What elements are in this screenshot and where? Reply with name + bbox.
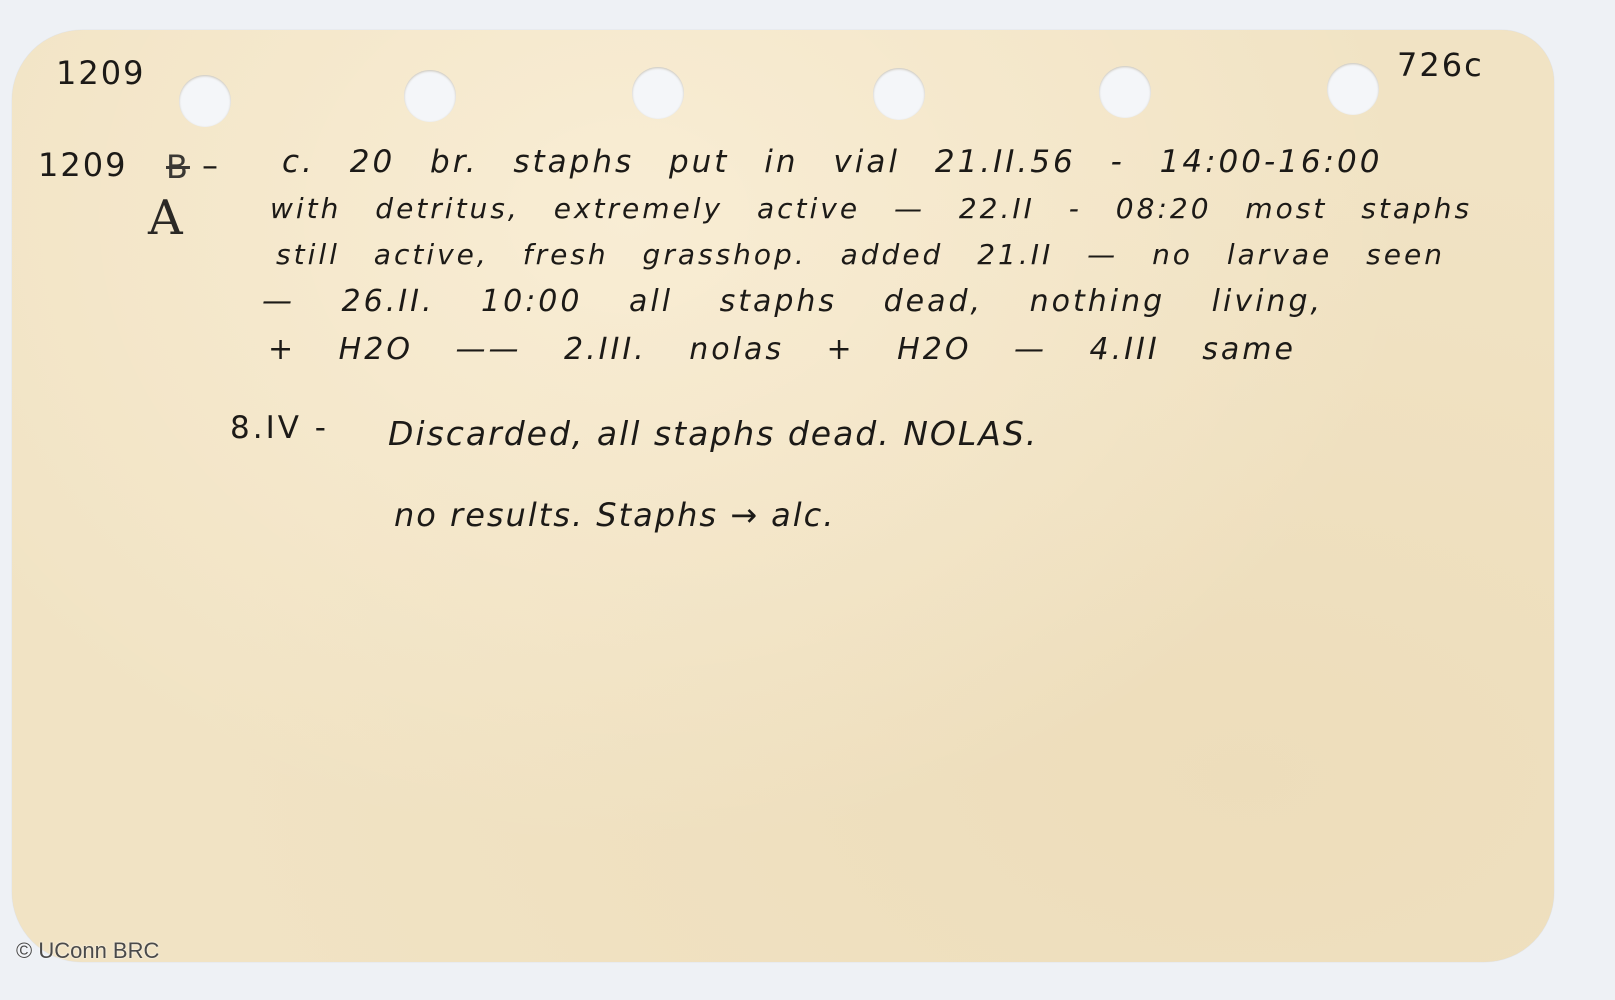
note-line-1: c. 20 br. staphs put in vial 21.II.56 - … [282,144,1382,180]
final-entry-conclusion: no results. Staphs → alc. [394,496,835,534]
copyright-notice: © UConn BRC [16,938,159,964]
punch-hole [404,70,456,122]
final-entry-date: 8.IV - [230,410,329,446]
punch-hole [1327,63,1379,115]
catalog-number-right: 726c [1397,46,1484,84]
note-line-2: with detritus, extremely active — 22.II … [270,192,1472,225]
index-card: 1209 726c 1209 B – A c. 20 br. staphs pu… [12,30,1554,962]
punch-hole [1099,66,1151,118]
entry-id-dash: – [202,146,220,184]
catalog-number-left: 1209 [56,54,145,92]
punch-hole [179,75,231,127]
note-line-3: still active, fresh grasshop. added 21.I… [276,238,1445,271]
punch-hole [873,68,925,120]
entry-id-correction: A [148,190,186,246]
note-line-5: + H2O —— 2.III. nolas + H2O — 4.III same [268,332,1296,367]
punch-hole [632,67,684,119]
entry-id: 1209 [38,146,127,184]
entry-id-struck-letter: B [166,148,190,186]
final-entry-text: Discarded, all staphs dead. NOLAS. [388,414,1038,453]
note-line-4: — 26.II. 10:00 all staphs dead, nothing … [262,284,1323,319]
